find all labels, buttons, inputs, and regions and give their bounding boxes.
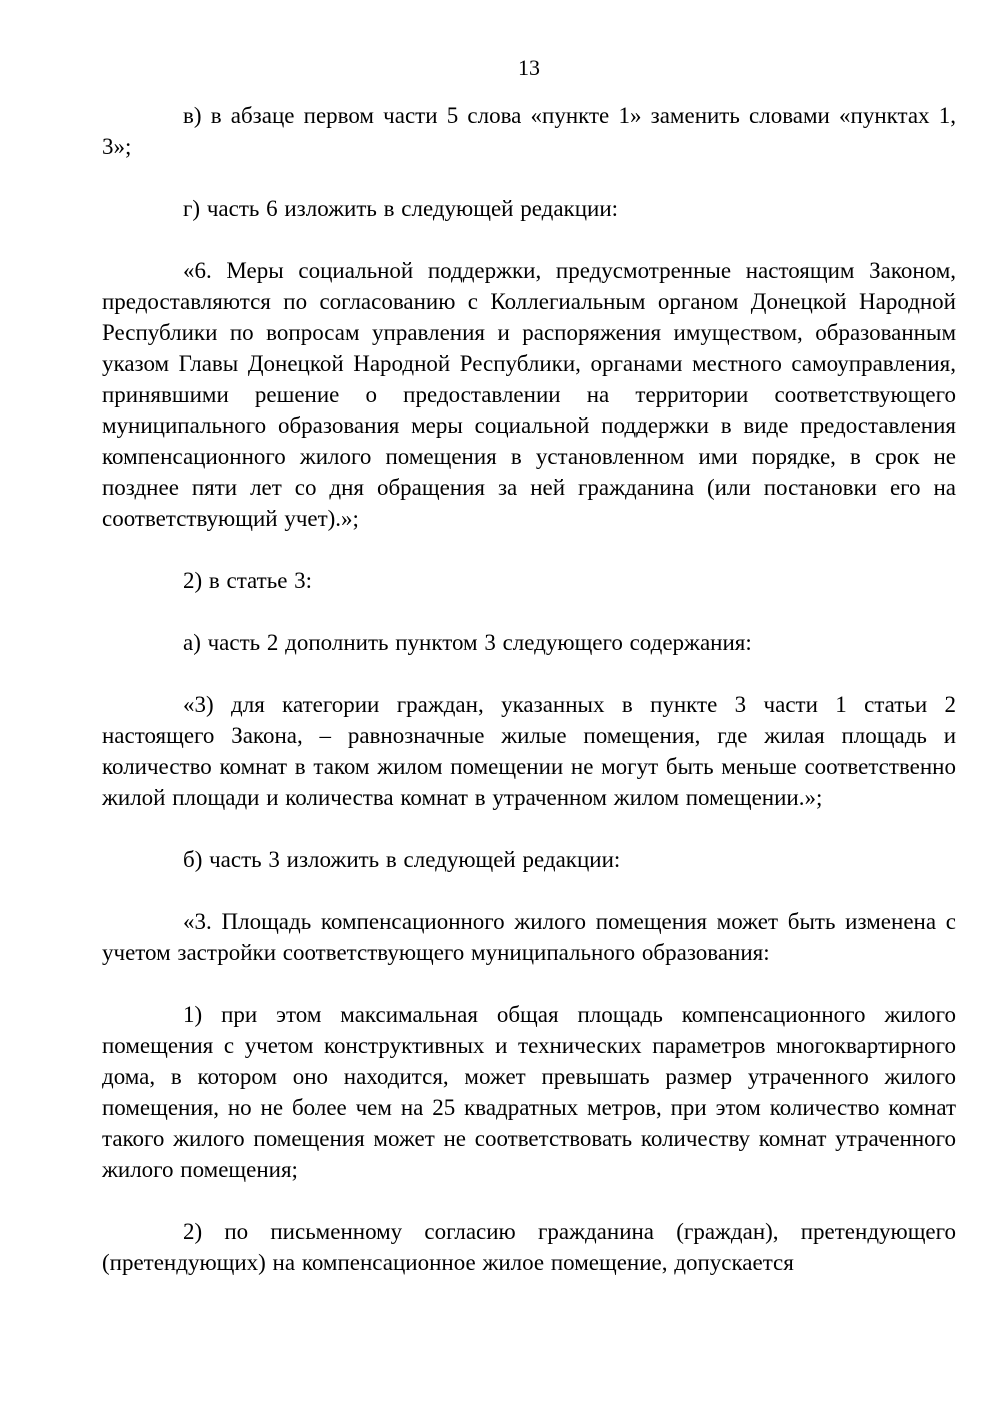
document-page: 13 в) в абзаце первом части 5 слова «пун…: [0, 0, 993, 1404]
paragraph-subitem-g-heading: г) часть 6 изложить в следующей редакции…: [102, 193, 956, 224]
paragraph-subitem-b-heading: б) часть 3 изложить в следующей редакции…: [102, 844, 956, 875]
paragraph-item-2-article-3: 2) в статье 3:: [102, 565, 956, 596]
paragraph-quoted-part-6: «6. Меры социальной поддержки, предусмот…: [102, 255, 956, 534]
paragraph-subitem-a-heading: а) часть 2 дополнить пунктом 3 следующег…: [102, 627, 956, 658]
paragraph-subitem-v-amendment: в) в абзаце первом части 5 слова «пункте…: [102, 100, 956, 162]
paragraph-quoted-point-2: 2) по письменному согласию гражданина (г…: [102, 1216, 956, 1278]
paragraph-quoted-point-3: «3) для категории граждан, указанных в п…: [102, 689, 956, 813]
paragraph-quoted-part-3-intro: «3. Площадь компенсационного жилого поме…: [102, 906, 956, 968]
page-number: 13: [102, 55, 956, 81]
paragraph-quoted-point-1: 1) при этом максимальная общая площадь к…: [102, 999, 956, 1185]
document-body: в) в абзаце первом части 5 слова «пункте…: [102, 100, 956, 1309]
